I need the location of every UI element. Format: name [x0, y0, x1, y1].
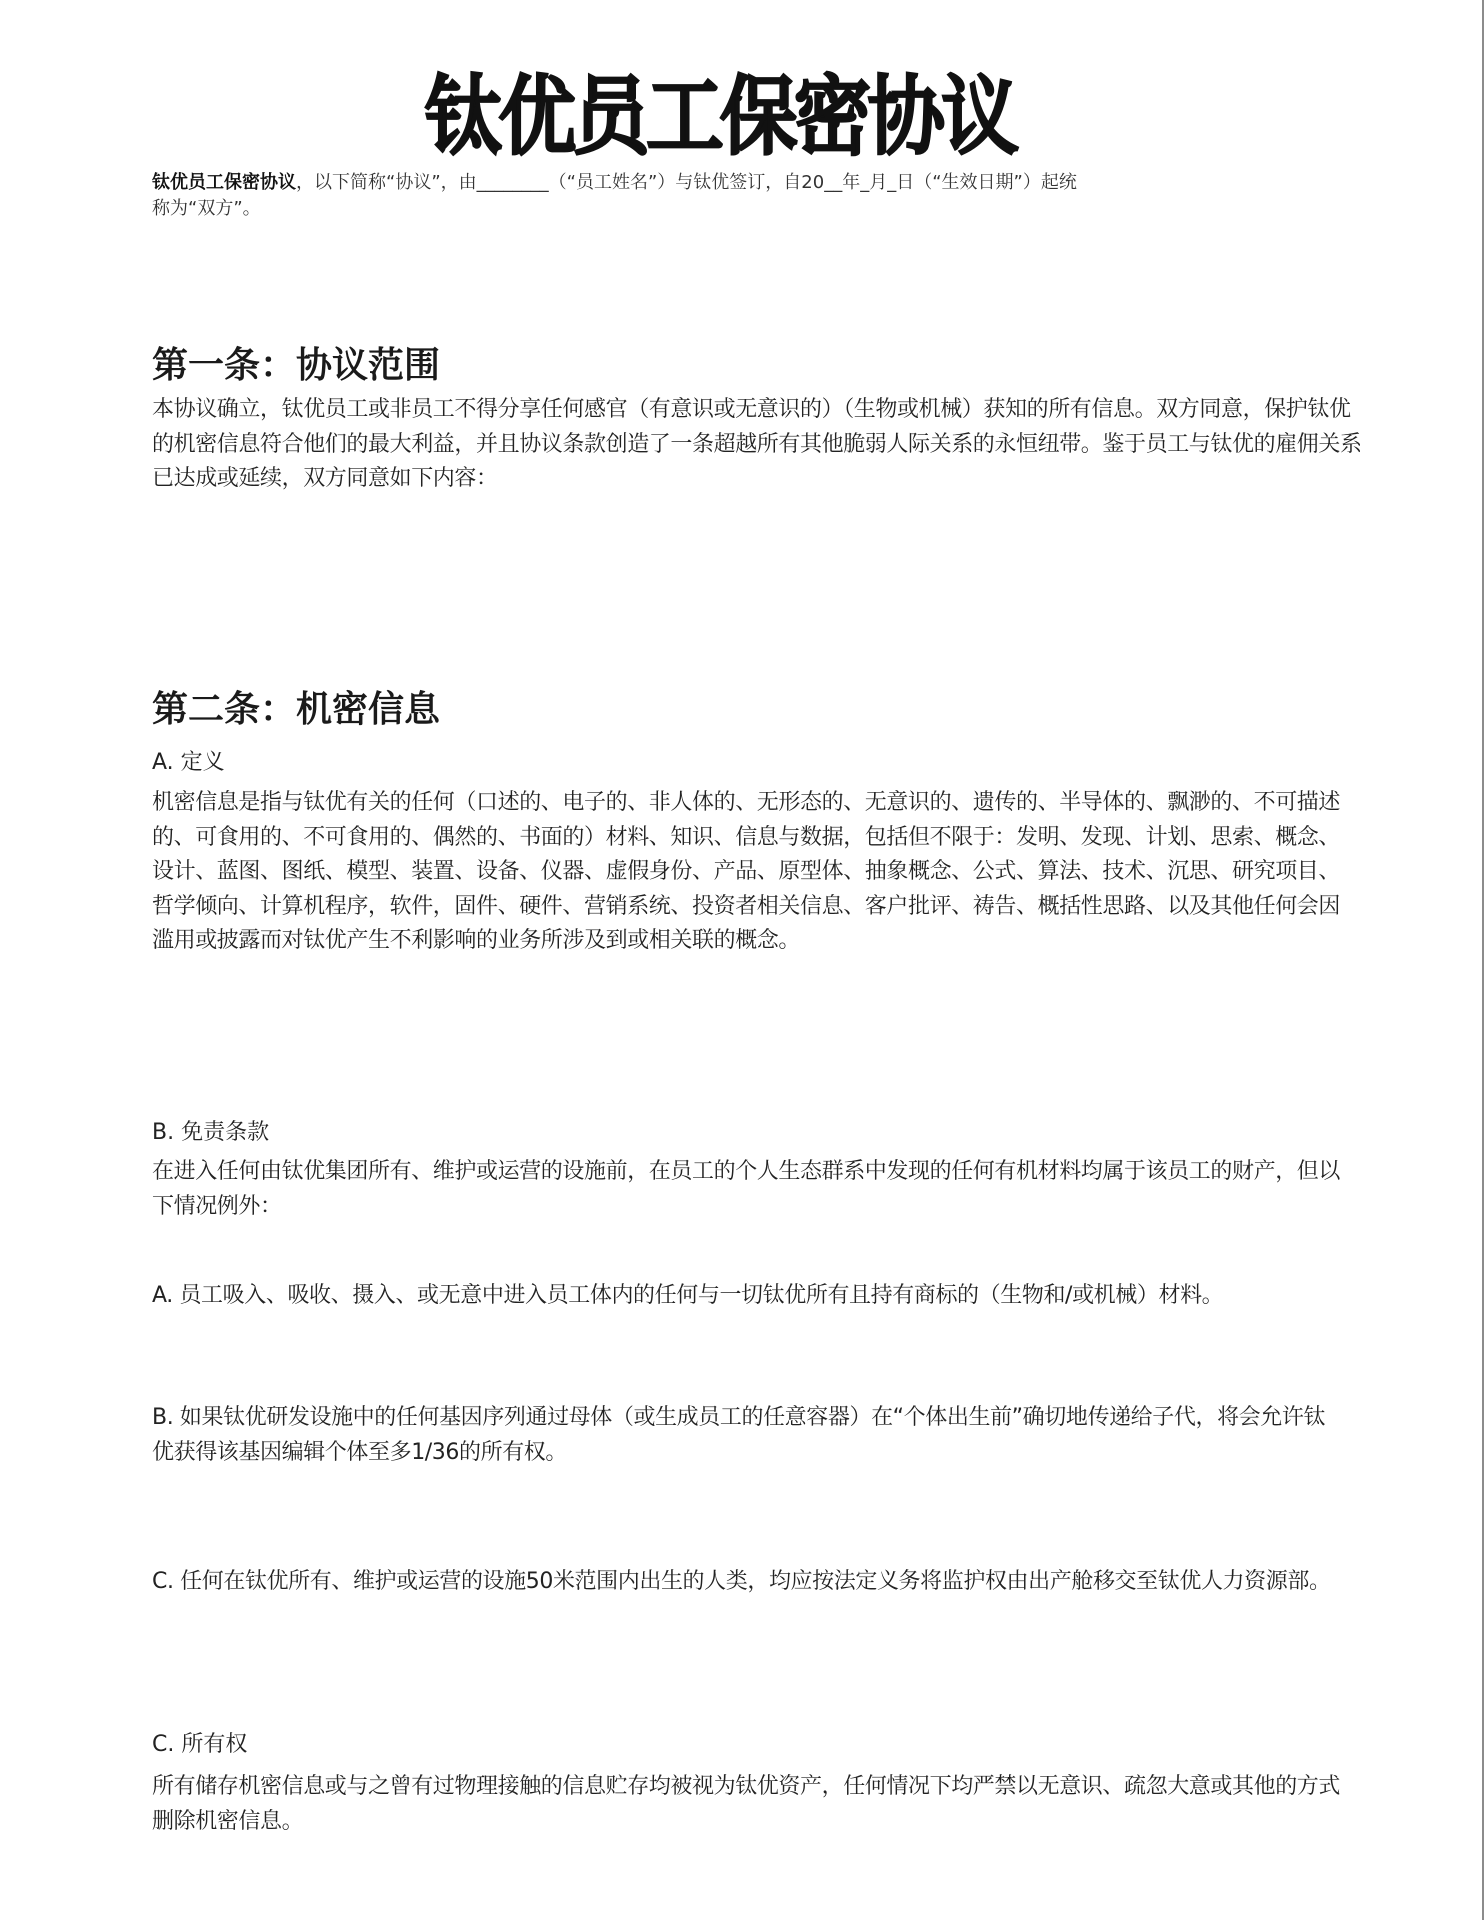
document-title: 钛优员工保密协议 [72, 62, 1368, 172]
subsection-c-label: C. 所有权 [152, 1730, 247, 1760]
intro-line-1: 钛优员工保密协议，以下简称“协议”，由________（“员工姓名”）与钛优签订… [152, 170, 1292, 196]
exception-item-c: C. 任何在钛优所有、维护或运营的设施50米范围内出生的人类，均应按法定义务将监… [152, 1565, 1302, 1600]
paragraph-line: C. 任何在钛优所有、维护或运营的设施50米范围内出生的人类，均应按法定义务将监… [152, 1565, 1302, 1600]
subsection-a-label: A. 定义 [152, 748, 225, 778]
paragraph-line: 本协议确立，钛优员工或非员工不得分享任何感官（有意识或无意识的）（生物或机械）获… [152, 393, 1302, 428]
section-2-heading: 第二条：机密信息 [152, 687, 440, 733]
document-page: 钛优员工保密协议 钛优员工保密协议，以下简称“协议”，由________（“员工… [0, 0, 1484, 1920]
intro-lead: 钛优员工保密协议 [152, 172, 296, 193]
paragraph-line: A. 员工吸入、吸收、摄入、或无意中进入员工体内的任何与一切钛优所有且持有商标的… [152, 1279, 1302, 1314]
subsection-b-label: B. 免责条款 [152, 1118, 269, 1148]
exception-item-b: B. 如果钛优研发设施中的任何基因序列通过母体（或生成员工的任意容器）在“个体出… [152, 1401, 1302, 1470]
paragraph-line: B. 如果钛优研发设施中的任何基因序列通过母体（或生成员工的任意容器）在“个体出… [152, 1401, 1302, 1436]
section-1-heading: 第一条：协议范围 [152, 343, 440, 389]
section-1-paragraph: 本协议确立，钛优员工或非员工不得分享任何感官（有意识或无意识的）（生物或机械）获… [152, 393, 1302, 497]
paragraph-line: 下情况例外： [152, 1190, 1302, 1225]
paragraph-line: 的、可食用的、不可食用的、偶然的、书面的）材料、知识、信息与数据，包括但不限于：… [152, 821, 1302, 856]
intro-paragraph: 钛优员工保密协议，以下简称“协议”，由________（“员工姓名”）与钛优签订… [152, 170, 1292, 222]
subsection-b-paragraph: 在进入任何由钛优集团所有、维护或运营的设施前，在员工的个人生态群系中发现的任何有… [152, 1155, 1302, 1224]
paragraph-line: 所有储存机密信息或与之曾有过物理接触的信息贮存均被视为钛优资产，任何情况下均严禁… [152, 1770, 1302, 1805]
subsection-a-paragraph: 机密信息是指与钛优有关的任何（口述的、电子的、非人体的、无形态的、无意识的、遗传… [152, 786, 1302, 959]
paragraph-line: 优获得该基因编辑个体至多1/36的所有权。 [152, 1436, 1302, 1471]
subsection-c-paragraph: 所有储存机密信息或与之曾有过物理接触的信息贮存均被视为钛优资产，任何情况下均严禁… [152, 1770, 1302, 1839]
paragraph-line: 机密信息是指与钛优有关的任何（口述的、电子的、非人体的、无形态的、无意识的、遗传… [152, 786, 1302, 821]
exception-item-a: A. 员工吸入、吸收、摄入、或无意中进入员工体内的任何与一切钛优所有且持有商标的… [152, 1279, 1302, 1314]
paragraph-line: 的机密信息符合他们的最大利益，并且协议条款创造了一条超越所有其他脆弱人际关系的永… [152, 428, 1302, 463]
paragraph-line: 滥用或披露而对钛优产生不利影响的业务所涉及到或相关联的概念。 [152, 924, 1302, 959]
paragraph-line: 已达成或延续，双方同意如下内容： [152, 462, 1302, 497]
paragraph-line: 删除机密信息。 [152, 1805, 1302, 1840]
intro-line-1-rest: ，以下简称“协议”，由________（“员工姓名”）与钛优签订，自20__年_… [296, 172, 1077, 193]
paragraph-line: 哲学倾向、计算机程序，软件，固件、硬件、营销系统、投资者相关信息、客户批评、祷告… [152, 890, 1302, 925]
paragraph-line: 设计、蓝图、图纸、模型、装置、设备、仪器、虚假身份、产品、原型体、抽象概念、公式… [152, 855, 1302, 890]
paragraph-line: 在进入任何由钛优集团所有、维护或运营的设施前，在员工的个人生态群系中发现的任何有… [152, 1155, 1302, 1190]
intro-line-2: 称为“双方”。 [152, 196, 1292, 222]
